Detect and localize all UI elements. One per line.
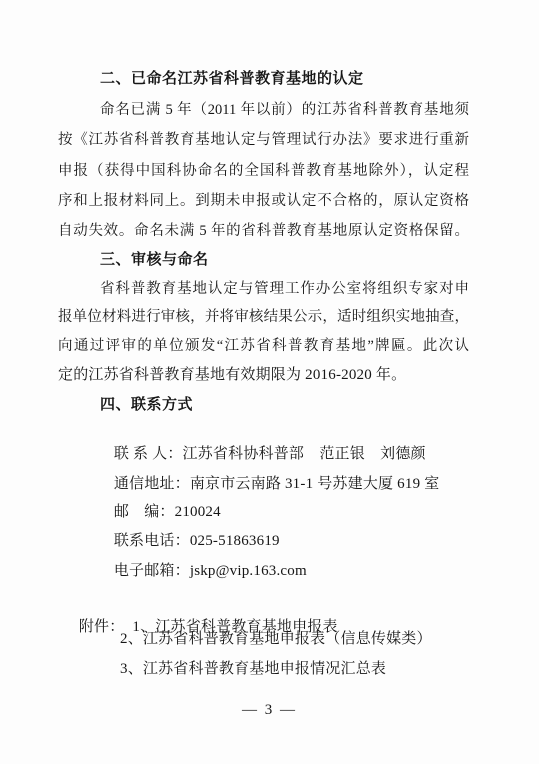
paragraph-line: 按《江苏省科普教育基地认定与管理试行办法》要求进行重新 [58,131,469,150]
paragraph-line: 省科普教育基地认定与管理工作办公室将组织专家对申 [58,280,469,299]
document-page: 二、已命名江苏省科普教育基地的认定 命名已满 5 年（2011 年以前）的江苏省… [0,0,539,764]
attachment-item: 2、江苏省科普教育基地申报表（信息传媒类） [120,630,432,649]
paragraph-line: 命名已满 5 年（2011 年以前）的江苏省科普教育基地须 [58,101,469,120]
contact-label: 电子邮箱： [114,563,190,579]
contact-value: 南京市云南路 31-1 号苏建大厦 619 室 [190,476,440,492]
section-heading-contact-info: 四、联系方式 [100,396,193,415]
contact-row-email: 电子邮箱：jskp@vip.163.com [98,543,307,600]
page-number: — 3 — [0,701,539,720]
paragraph-line: 自动失效。命名未满 5 年的省科普教育基地原认定资格保留。 [58,222,469,241]
paragraph-line: 定的江苏省科普教育基地有效期限为 2016-2020 年。 [58,366,406,385]
paragraph-line: 申报（获得中国科协命名的全国科普教育基地除外），认定程 [58,162,469,181]
paragraph-line: 报单位材料进行审核，并将审核结果公示，适时组织实地抽查， [58,308,469,327]
attachment-item: 3、江苏省科普教育基地申报情况汇总表 [120,660,386,679]
attachments-label: 附件： [79,619,125,635]
paragraph-line: 序和上报材料同上。到期未申报或认定不合格的，原认定资格 [58,192,469,211]
section-heading-review-naming: 三、审核与命名 [100,251,209,270]
paragraph-line: 向通过评审的单位颁发“江苏省科普教育基地”牌匾。此次认 [58,337,469,356]
contact-value: jskp@vip.163.com [190,563,307,579]
section-heading-renamed-bases: 二、已命名江苏省科普教育基地的认定 [100,70,364,89]
